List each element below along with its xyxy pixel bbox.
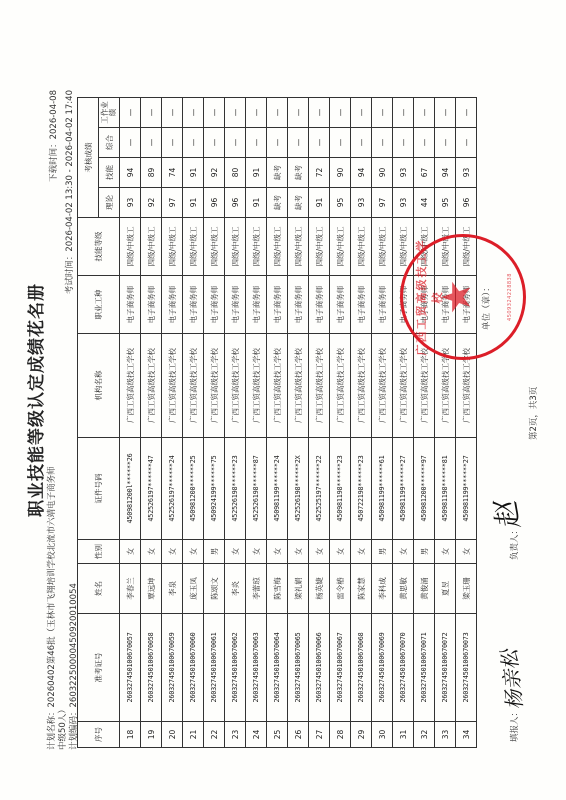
cell-institution: 广西工贸高级技工学校 (204, 334, 225, 438)
cell-id-number: 450981198******81 (435, 438, 456, 540)
cell-gender: 男 (204, 540, 225, 564)
leader-label: 负责人： (508, 526, 520, 560)
cell-institution: 广西工贸高级技工学校 (267, 334, 288, 438)
cell-ticket: 260327450100670061 (204, 614, 225, 722)
roster-page: 职业技能等级认定成绩花名册 计划名称：20260402第46批（玉林市飞翔培训学… (0, 0, 566, 800)
document-title: 职业技能等级认定成绩花名册 (22, 0, 47, 800)
seal-code: 4509324228838 (507, 237, 513, 357)
cell-seq: 20 (162, 722, 183, 748)
cell-seq: 18 (120, 722, 141, 748)
cell-skill: 91 (246, 158, 267, 188)
cell-theory: 91 (246, 188, 267, 218)
cell-level: 四级/中级工 (183, 218, 204, 276)
header-occupation: 职业工种 (78, 276, 120, 334)
cell-skill: 93 (393, 158, 414, 188)
cell-id-number: 450981200******97 (414, 438, 435, 540)
header-id-number: 证件号码 (78, 438, 120, 540)
cell-id-number: 450722198******23 (351, 438, 372, 540)
cell-id-number: 452526198******2X (288, 438, 309, 540)
table-row: 23260327450100670062李炎女452526198******23… (225, 98, 246, 748)
cell-theory: 95 (330, 188, 351, 218)
cell-seq: 28 (330, 722, 351, 748)
header-level: 技能等级 (78, 218, 120, 276)
cell-gender: 女 (267, 540, 288, 564)
cell-occupation: 电子商务师 (204, 276, 225, 334)
cell-work-performance: — (309, 98, 330, 128)
cell-seq: 26 (288, 722, 309, 748)
cell-ticket: 260327450100670071 (414, 614, 435, 722)
cell-name: 黄思敏 (393, 564, 414, 614)
cell-comprehensive: — (246, 128, 267, 158)
cell-ticket: 260327450100670063 (246, 614, 267, 722)
cell-institution: 广西工贸高级技工学校 (330, 334, 351, 438)
cell-id-number: 450981199******61 (372, 438, 393, 540)
cell-comprehensive: — (267, 128, 288, 158)
cell-gender: 女 (246, 540, 267, 564)
cell-occupation: 电子商务师 (351, 276, 372, 334)
download-time: 下载时间：2026-04-08 (47, 90, 59, 182)
exam-time: 考试时间：2026-04-02 13:30 - 2026-04-02 17:40 (63, 90, 75, 294)
cell-comprehensive: — (351, 128, 372, 158)
cell-name: 李春兰 (120, 564, 141, 614)
cell-name: 陈颂文 (204, 564, 225, 614)
cell-comprehensive: — (120, 128, 141, 158)
header-seq: 序号 (78, 722, 120, 748)
cell-comprehensive: — (204, 128, 225, 158)
roster-body: 18260327450100670057李春兰女450981200l******… (120, 98, 477, 748)
cell-skill: 94 (120, 158, 141, 188)
cell-skill: 94 (435, 158, 456, 188)
cell-occupation: 电子商务师 (162, 276, 183, 334)
cell-gender: 女 (162, 540, 183, 564)
cell-level: 四级/中级工 (372, 218, 393, 276)
cell-institution: 广西工贸高级技工学校 (225, 334, 246, 438)
table-row: 19260327450100670058覃远坤女452526197******4… (141, 98, 162, 748)
cell-theory: 91 (183, 188, 204, 218)
cell-level: 四级/中级工 (288, 218, 309, 276)
cell-gender: 女 (141, 540, 162, 564)
cell-level: 四级/中级工 (246, 218, 267, 276)
header-skill: 技能 (99, 158, 120, 188)
cell-seq: 19 (141, 722, 162, 748)
cell-occupation: 电子商务师 (183, 276, 204, 334)
cell-name: 李泉 (162, 564, 183, 614)
cell-id-number: 450981199******24 (267, 438, 288, 540)
table-row: 18260327450100670057李春兰女450981200l******… (120, 98, 141, 748)
cell-id-number: 452526197******47 (141, 438, 162, 540)
cell-comprehensive: — (372, 128, 393, 158)
header-institution: 机构名称 (78, 334, 120, 438)
score-roster-table: 序号 准考证号 姓名 性别 证件号码 机构名称 职业工种 技能等级 考核成绩 理… (77, 97, 477, 748)
cell-seq: 27 (309, 722, 330, 748)
cell-id-number: 450981198******23 (330, 438, 351, 540)
cell-work-performance: — (120, 98, 141, 128)
cell-name: 陈家慧 (351, 564, 372, 614)
table-row: 34260327450100670073梁玉珊女450981199******2… (456, 98, 477, 748)
table-row: 26260327450100670065梁礼娟女452526198******2… (288, 98, 309, 748)
cell-ticket: 260327450100670058 (141, 614, 162, 722)
cell-institution: 广西工贸高级技工学校 (246, 334, 267, 438)
cell-gender: 女 (225, 540, 246, 564)
cell-ticket: 260327450100670060 (183, 614, 204, 722)
cell-comprehensive: — (393, 128, 414, 158)
cell-work-performance: — (351, 98, 372, 128)
cell-level: 四级/中级工 (204, 218, 225, 276)
cell-ticket: 260327450100670070 (393, 614, 414, 722)
cell-comprehensive: — (309, 128, 330, 158)
cell-ticket: 260327450100670066 (309, 614, 330, 722)
cell-skill: 93 (456, 158, 477, 188)
cell-seq: 34 (456, 722, 477, 748)
cell-work-performance: — (435, 98, 456, 128)
cell-seq: 21 (183, 722, 204, 748)
cell-work-performance: — (183, 98, 204, 128)
star-icon: ★ (437, 237, 477, 357)
cell-comprehensive: — (435, 128, 456, 158)
filler-signature: 杨亲松 (493, 649, 528, 712)
header-ticket: 准考证号 (78, 614, 120, 722)
cell-name: 李蕾琼 (246, 564, 267, 614)
cell-theory: 缺考 (288, 188, 309, 218)
table-row: 32260327450100670071黄俊涌男450981200******9… (414, 98, 435, 748)
cell-work-performance: — (162, 98, 183, 128)
cell-theory: 92 (141, 188, 162, 218)
cell-theory: 97 (372, 188, 393, 218)
cell-level: 四级/中级工 (330, 218, 351, 276)
leader-signature: 赵 (484, 499, 528, 534)
cell-ticket: 260327450100670062 (225, 614, 246, 722)
cell-institution: 广西工贸高级技工学校 (141, 334, 162, 438)
filler-label: 填报人： (508, 708, 520, 742)
cell-skill: 67 (414, 158, 435, 188)
cell-seq: 31 (393, 722, 414, 748)
cell-skill: 92 (204, 158, 225, 188)
cell-level: 四级/中级工 (267, 218, 288, 276)
cell-gender: 女 (393, 540, 414, 564)
cell-gender: 男 (414, 540, 435, 564)
cell-theory: 91 (309, 188, 330, 218)
cell-ticket: 260327450100670057 (120, 614, 141, 722)
cell-level: 四级/中级工 (351, 218, 372, 276)
cell-name: 陈雪梅 (267, 564, 288, 614)
cell-work-performance: — (141, 98, 162, 128)
cell-comprehensive: — (141, 128, 162, 158)
table-row: 30260327450100670069李科成男450981199******6… (372, 98, 393, 748)
cell-skill: 90 (372, 158, 393, 188)
table-row: 29260327450100670068陈家慧女450722198******2… (351, 98, 372, 748)
cell-skill: 90 (330, 158, 351, 188)
cell-institution: 广西工贸高级技工学校 (183, 334, 204, 438)
cell-gender: 女 (351, 540, 372, 564)
cell-skill: 91 (183, 158, 204, 188)
cell-skill: 80 (225, 158, 246, 188)
table-row: 20260327450100670059李泉女452526197******24… (162, 98, 183, 748)
header-gender: 性别 (78, 540, 120, 564)
cell-ticket: 260327450100670067 (330, 614, 351, 722)
cell-skill: 72 (309, 158, 330, 188)
cell-id-number: 452526198******23 (225, 438, 246, 540)
cell-work-performance: — (267, 98, 288, 128)
cell-occupation: 电子商务师 (330, 276, 351, 334)
header-scores-group: 考核成绩 (78, 98, 99, 218)
official-seal: 广西工贸高级技工学校 ★ 4509324228838 (400, 234, 526, 360)
cell-institution: 广西工贸高级技工学校 (351, 334, 372, 438)
cell-seq: 33 (435, 722, 456, 748)
cell-gender: 女 (183, 540, 204, 564)
cell-occupation: 电子商务师 (309, 276, 330, 334)
cell-theory: 93 (120, 188, 141, 218)
cell-seq: 22 (204, 722, 225, 748)
cell-theory: 44 (414, 188, 435, 218)
cell-ticket: 260327450100670059 (162, 614, 183, 722)
cell-work-performance: — (456, 98, 477, 128)
cell-theory: 93 (351, 188, 372, 218)
header-work-performance: 工作业绩 (99, 98, 120, 128)
cell-work-performance: — (372, 98, 393, 128)
cell-name: 覃远坤 (141, 564, 162, 614)
cell-name: 梁礼娟 (288, 564, 309, 614)
cell-name: 李炎 (225, 564, 246, 614)
cell-comprehensive: — (288, 128, 309, 158)
cell-ticket: 260327450100670068 (351, 614, 372, 722)
table-row: 25260327450100670064陈雪梅女450981199******2… (267, 98, 288, 748)
cell-theory: 96 (456, 188, 477, 218)
cell-theory: 93 (393, 188, 414, 218)
cell-seq: 23 (225, 722, 246, 748)
cell-ticket: 260327450100670064 (267, 614, 288, 722)
cell-work-performance: — (330, 98, 351, 128)
cell-skill: 74 (162, 158, 183, 188)
cell-id-number: 452526198******87 (246, 438, 267, 540)
cell-seq: 30 (372, 722, 393, 748)
cell-ticket: 260327450100670072 (435, 614, 456, 722)
cell-gender: 女 (456, 540, 477, 564)
cell-comprehensive: — (330, 128, 351, 158)
cell-institution: 广西工贸高级技工学校 (288, 334, 309, 438)
cell-comprehensive: — (183, 128, 204, 158)
cell-id-number: 450981200l******26 (120, 438, 141, 540)
cell-name: 梁玉珊 (456, 564, 477, 614)
table-row: 33260327450100670072夏昱女450981198******81… (435, 98, 456, 748)
cell-occupation: 电子商务师 (372, 276, 393, 334)
cell-work-performance: — (288, 98, 309, 128)
cell-id-number: 452526197******24 (162, 438, 183, 540)
table-row: 27260327450100670066杨英婕女452525197******2… (309, 98, 330, 748)
cell-level: 四级/中级工 (162, 218, 183, 276)
header-theory: 理论 (99, 188, 120, 218)
cell-institution: 广西工贸高级技工学校 (120, 334, 141, 438)
cell-level: 四级/中级工 (120, 218, 141, 276)
table-row: 31260327450100670070黄思敏女450981199******2… (393, 98, 414, 748)
cell-work-performance: — (414, 98, 435, 128)
cell-work-performance: — (225, 98, 246, 128)
cell-id-number: 452525197******22 (309, 438, 330, 540)
cell-name: 庞玉凤 (183, 564, 204, 614)
cell-institution: 广西工贸高级技工学校 (162, 334, 183, 438)
cell-gender: 女 (288, 540, 309, 564)
cell-comprehensive: — (225, 128, 246, 158)
cell-skill: 缺考 (288, 158, 309, 188)
cell-occupation: 电子商务师 (141, 276, 162, 334)
cell-theory: 96 (204, 188, 225, 218)
cell-name: 李科成 (372, 564, 393, 614)
cell-gender: 男 (372, 540, 393, 564)
cell-work-performance: — (204, 98, 225, 128)
table-row: 21260327450100670060庞玉凤女450981200******2… (183, 98, 204, 748)
table-row: 22260327450100670061陈颂文男450924199******7… (204, 98, 225, 748)
cell-institution: 广西工贸高级技工学校 (309, 334, 330, 438)
cell-id-number: 450981199******27 (456, 438, 477, 540)
cell-skill: 缺考 (267, 158, 288, 188)
cell-level: 四级/中级工 (225, 218, 246, 276)
header-comprehensive: 综合 (99, 128, 120, 158)
cell-occupation: 电子商务师 (120, 276, 141, 334)
cell-comprehensive: — (456, 128, 477, 158)
cell-occupation: 电子商务师 (267, 276, 288, 334)
cell-theory: 97 (162, 188, 183, 218)
cell-id-number: 450981200******25 (183, 438, 204, 540)
cell-gender: 女 (435, 540, 456, 564)
cell-theory: 95 (435, 188, 456, 218)
cell-occupation: 电子商务师 (288, 276, 309, 334)
cell-ticket: 260327450100670065 (288, 614, 309, 722)
cell-name: 黄俊涌 (414, 564, 435, 614)
cell-name: 夏昱 (435, 564, 456, 614)
header-name: 姓名 (78, 564, 120, 614)
cell-id-number: 450981199******27 (393, 438, 414, 540)
cell-ticket: 260327450100670069 (372, 614, 393, 722)
cell-gender: 女 (120, 540, 141, 564)
cell-skill: 94 (351, 158, 372, 188)
cell-seq: 25 (267, 722, 288, 748)
cell-institution: 广西工贸高级技工学校 (393, 334, 414, 438)
cell-work-performance: — (246, 98, 267, 128)
cell-seq: 24 (246, 722, 267, 748)
cell-comprehensive: — (414, 128, 435, 158)
cell-ticket: 260327450100670073 (456, 614, 477, 722)
cell-skill: 89 (141, 158, 162, 188)
cell-work-performance: — (393, 98, 414, 128)
cell-name: 雷令椿 (330, 564, 351, 614)
cell-level: 四级/中级工 (141, 218, 162, 276)
cell-gender: 女 (330, 540, 351, 564)
cell-institution: 广西工贸高级技工学校 (372, 334, 393, 438)
page-indicator: 第2页，共3页 (527, 387, 539, 440)
cell-theory: 96 (225, 188, 246, 218)
cell-id-number: 450924199******75 (204, 438, 225, 540)
cell-gender: 女 (309, 540, 330, 564)
cell-seq: 32 (414, 722, 435, 748)
cell-name: 杨英婕 (309, 564, 330, 614)
cell-theory: 缺考 (267, 188, 288, 218)
table-row: 24260327450100670063李蕾琼女452526198******8… (246, 98, 267, 748)
cell-occupation: 电子商务师 (246, 276, 267, 334)
cell-seq: 29 (351, 722, 372, 748)
table-row: 28260327450100670067雷令椿女450981198******2… (330, 98, 351, 748)
cell-comprehensive: — (162, 128, 183, 158)
cell-level: 四级/中级工 (309, 218, 330, 276)
cell-occupation: 电子商务师 (225, 276, 246, 334)
